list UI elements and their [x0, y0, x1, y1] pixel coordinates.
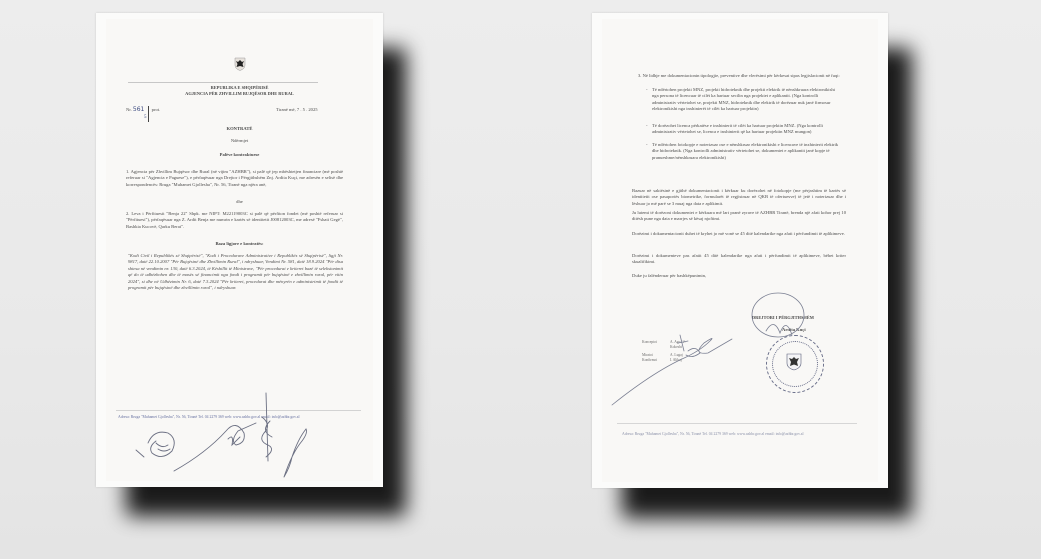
- contract-page-1: REPUBLIKA E SHQIPËRISË AGJENCIA PËR ZHVI…: [96, 13, 383, 487]
- page-2-footer: Adresa: Rruga "Muhamet Gjollesha", Nr. 5…: [622, 432, 804, 436]
- handwritten-signatures-icon: [96, 13, 383, 487]
- letter-page-2: 3. Në lidhje me dokumentacionin tipologj…: [592, 13, 888, 488]
- footer-rule: [617, 423, 857, 424]
- handwritten-signatures-icon: [592, 13, 888, 488]
